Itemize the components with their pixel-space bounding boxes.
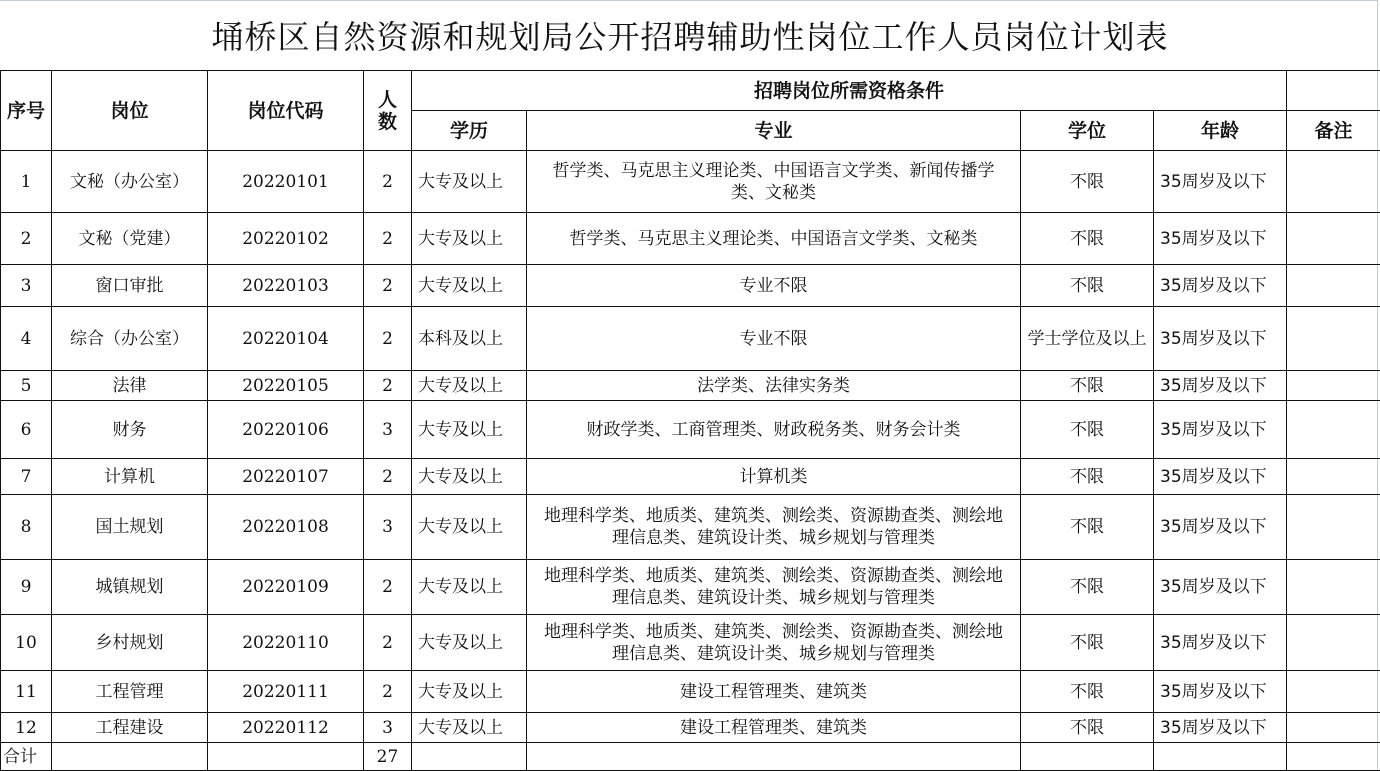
- recruitment-plan-table: 序号 岗位 岗位代码 人 数 招聘岗位所需资格条件 学历 专业 学位 年龄 备注…: [0, 70, 1380, 771]
- cell-position: 文秘（党建）: [52, 213, 208, 265]
- cell-position: 城镇规划: [52, 560, 208, 615]
- cell-code: 20220106: [208, 401, 364, 459]
- cell-degree: 不限: [1021, 560, 1154, 615]
- cell-position: 法律: [52, 371, 208, 401]
- cell-major: 计算机类: [527, 459, 1021, 495]
- table-row: 11 工程管理 20220111 2 大专及以上 建设工程管理类、建筑类 不限 …: [1, 671, 1380, 713]
- cell-education: 大专及以上: [412, 459, 527, 495]
- total-blank-code: [208, 743, 364, 771]
- cell-code: 20220108: [208, 495, 364, 560]
- total-blank-education: [412, 743, 527, 771]
- header-requirements-group: 招聘岗位所需资格条件: [412, 71, 1287, 111]
- cell-code: 20220110: [208, 615, 364, 671]
- cell-major: 地理科学类、地质类、建筑类、测绘类、资源勘查类、测绘地理信息类、建筑设计类、城乡…: [527, 615, 1021, 671]
- cell-age: 35周岁及以下: [1154, 213, 1287, 265]
- header-count: 人 数: [364, 71, 412, 151]
- cell-count: 3: [364, 495, 412, 560]
- table-row: 9 城镇规划 20220109 2 大专及以上 地理科学类、地质类、建筑类、测绘…: [1, 560, 1380, 615]
- cell-code: 20220102: [208, 213, 364, 265]
- cell-remarks: [1287, 371, 1380, 401]
- table-row: 5 法律 20220105 2 大专及以上 法学类、法律实务类 不限 35周岁及…: [1, 371, 1380, 401]
- cell-remarks: [1287, 459, 1380, 495]
- cell-major: 建设工程管理类、建筑类: [527, 713, 1021, 743]
- cell-age: 35周岁及以下: [1154, 671, 1287, 713]
- table-row: 1 文秘（办公室） 20220101 2 大专及以上 哲学类、马克思主义理论类、…: [1, 151, 1380, 213]
- cell-age: 35周岁及以下: [1154, 401, 1287, 459]
- cell-count: 2: [364, 307, 412, 371]
- total-count: 27: [364, 743, 412, 771]
- header-degree: 学位: [1021, 111, 1154, 151]
- cell-seq: 8: [1, 495, 52, 560]
- cell-major: 财政学类、工商管理类、财政税务类、财务会计类: [527, 401, 1021, 459]
- cell-education: 大专及以上: [412, 265, 527, 307]
- table-row: 6 财务 20220106 3 大专及以上 财政学类、工商管理类、财政税务类、财…: [1, 401, 1380, 459]
- cell-seq: 3: [1, 265, 52, 307]
- cell-remarks: [1287, 307, 1380, 371]
- cell-remarks: [1287, 265, 1380, 307]
- cell-major: 建设工程管理类、建筑类: [527, 671, 1021, 713]
- table-row: 4 综合（办公室） 20220104 2 本科及以上 专业不限 学士学位及以上 …: [1, 307, 1380, 371]
- total-blank-remarks: [1287, 743, 1380, 771]
- cell-education: 大专及以上: [412, 151, 527, 213]
- cell-major: 地理科学类、地质类、建筑类、测绘类、资源勘查类、测绘地理信息类、建筑设计类、城乡…: [527, 560, 1021, 615]
- cell-degree: 不限: [1021, 713, 1154, 743]
- header-position: 岗位: [52, 71, 208, 151]
- cell-seq: 4: [1, 307, 52, 371]
- page-title: 埇桥区自然资源和规划局公开招聘辅助性岗位工作人员岗位计划表: [0, 0, 1380, 70]
- cell-position: 综合（办公室）: [52, 307, 208, 371]
- cell-remarks: [1287, 671, 1380, 713]
- header-count-line1: 人: [364, 89, 411, 111]
- cell-age: 35周岁及以下: [1154, 151, 1287, 213]
- cell-education: 大专及以上: [412, 671, 527, 713]
- cell-degree: 不限: [1021, 265, 1154, 307]
- cell-age: 35周岁及以下: [1154, 495, 1287, 560]
- cell-seq: 11: [1, 671, 52, 713]
- cell-seq: 12: [1, 713, 52, 743]
- cell-education: 大专及以上: [412, 401, 527, 459]
- cell-major: 地理科学类、地质类、建筑类、测绘类、资源勘查类、测绘地理信息类、建筑设计类、城乡…: [527, 495, 1021, 560]
- total-blank-age: [1154, 743, 1287, 771]
- cell-count: 2: [364, 265, 412, 307]
- cell-count: 2: [364, 371, 412, 401]
- cell-degree: 不限: [1021, 615, 1154, 671]
- cell-age: 35周岁及以下: [1154, 307, 1287, 371]
- cell-degree: 不限: [1021, 495, 1154, 560]
- cell-seq: 7: [1, 459, 52, 495]
- cell-count: 2: [364, 459, 412, 495]
- cell-position: 工程建设: [52, 713, 208, 743]
- cell-age: 35周岁及以下: [1154, 713, 1287, 743]
- cell-remarks: [1287, 615, 1380, 671]
- cell-position: 计算机: [52, 459, 208, 495]
- cell-education: 本科及以上: [412, 307, 527, 371]
- cell-code: 20220112: [208, 713, 364, 743]
- cell-position: 工程管理: [52, 671, 208, 713]
- cell-remarks: [1287, 151, 1380, 213]
- cell-education: 大专及以上: [412, 213, 527, 265]
- header-row-1: 序号 岗位 岗位代码 人 数 招聘岗位所需资格条件: [1, 71, 1380, 111]
- cell-major: 专业不限: [527, 307, 1021, 371]
- cell-position: 财务: [52, 401, 208, 459]
- cell-degree: 不限: [1021, 401, 1154, 459]
- cell-seq: 6: [1, 401, 52, 459]
- cell-remarks: [1287, 495, 1380, 560]
- total-row: 合计 27: [1, 743, 1380, 771]
- cell-education: 大专及以上: [412, 615, 527, 671]
- cell-degree: 学士学位及以上: [1021, 307, 1154, 371]
- cell-code: 20220107: [208, 459, 364, 495]
- table-row: 8 国土规划 20220108 3 大专及以上 地理科学类、地质类、建筑类、测绘…: [1, 495, 1380, 560]
- total-blank-degree: [1021, 743, 1154, 771]
- cell-remarks: [1287, 560, 1380, 615]
- cell-position: 国土规划: [52, 495, 208, 560]
- table-row: 2 文秘（党建） 20220102 2 大专及以上 哲学类、马克思主义理论类、中…: [1, 213, 1380, 265]
- cell-degree: 不限: [1021, 671, 1154, 713]
- cell-degree: 不限: [1021, 371, 1154, 401]
- cell-seq: 5: [1, 371, 52, 401]
- total-label: 合计: [1, 743, 52, 771]
- cell-age: 35周岁及以下: [1154, 459, 1287, 495]
- cell-code: 20220109: [208, 560, 364, 615]
- cell-major: 专业不限: [527, 265, 1021, 307]
- cell-major: 哲学类、马克思主义理论类、中国语言文学类、新闻传播学类、文秘类: [527, 151, 1021, 213]
- cell-major: 哲学类、马克思主义理论类、中国语言文学类、文秘类: [527, 213, 1021, 265]
- header-blank: [1287, 71, 1380, 111]
- cell-count: 3: [364, 713, 412, 743]
- cell-count: 2: [364, 151, 412, 213]
- cell-degree: 不限: [1021, 459, 1154, 495]
- cell-seq: 1: [1, 151, 52, 213]
- table-row: 12 工程建设 20220112 3 大专及以上 建设工程管理类、建筑类 不限 …: [1, 713, 1380, 743]
- cell-remarks: [1287, 213, 1380, 265]
- cell-count: 3: [364, 401, 412, 459]
- cell-age: 35周岁及以下: [1154, 265, 1287, 307]
- header-remarks: 备注: [1287, 111, 1380, 151]
- cell-education: 大专及以上: [412, 560, 527, 615]
- cell-code: 20220105: [208, 371, 364, 401]
- cell-code: 20220111: [208, 671, 364, 713]
- cell-code: 20220104: [208, 307, 364, 371]
- header-count-line2: 数: [364, 111, 411, 133]
- cell-count: 2: [364, 671, 412, 713]
- cell-degree: 不限: [1021, 151, 1154, 213]
- cell-code: 20220101: [208, 151, 364, 213]
- cell-age: 35周岁及以下: [1154, 615, 1287, 671]
- cell-major: 法学类、法律实务类: [527, 371, 1021, 401]
- cell-education: 大专及以上: [412, 495, 527, 560]
- table-row: 7 计算机 20220107 2 大专及以上 计算机类 不限 35周岁及以下: [1, 459, 1380, 495]
- header-major: 专业: [527, 111, 1021, 151]
- cell-position: 窗口审批: [52, 265, 208, 307]
- cell-count: 2: [364, 615, 412, 671]
- header-code: 岗位代码: [208, 71, 364, 151]
- header-education: 学历: [412, 111, 527, 151]
- cell-position: 文秘（办公室）: [52, 151, 208, 213]
- cell-education: 大专及以上: [412, 713, 527, 743]
- cell-degree: 不限: [1021, 213, 1154, 265]
- cell-position: 乡村规划: [52, 615, 208, 671]
- cell-seq: 10: [1, 615, 52, 671]
- header-seq: 序号: [1, 71, 52, 151]
- cell-remarks: [1287, 401, 1380, 459]
- cell-education: 大专及以上: [412, 371, 527, 401]
- header-age: 年龄: [1154, 111, 1287, 151]
- cell-age: 35周岁及以下: [1154, 560, 1287, 615]
- cell-seq: 9: [1, 560, 52, 615]
- total-blank-position: [52, 743, 208, 771]
- cell-remarks: [1287, 713, 1380, 743]
- total-blank-major: [527, 743, 1021, 771]
- table-row: 10 乡村规划 20220110 2 大专及以上 地理科学类、地质类、建筑类、测…: [1, 615, 1380, 671]
- cell-count: 2: [364, 213, 412, 265]
- cell-code: 20220103: [208, 265, 364, 307]
- cell-age: 35周岁及以下: [1154, 371, 1287, 401]
- cell-seq: 2: [1, 213, 52, 265]
- cell-count: 2: [364, 560, 412, 615]
- table-row: 3 窗口审批 20220103 2 大专及以上 专业不限 不限 35周岁及以下: [1, 265, 1380, 307]
